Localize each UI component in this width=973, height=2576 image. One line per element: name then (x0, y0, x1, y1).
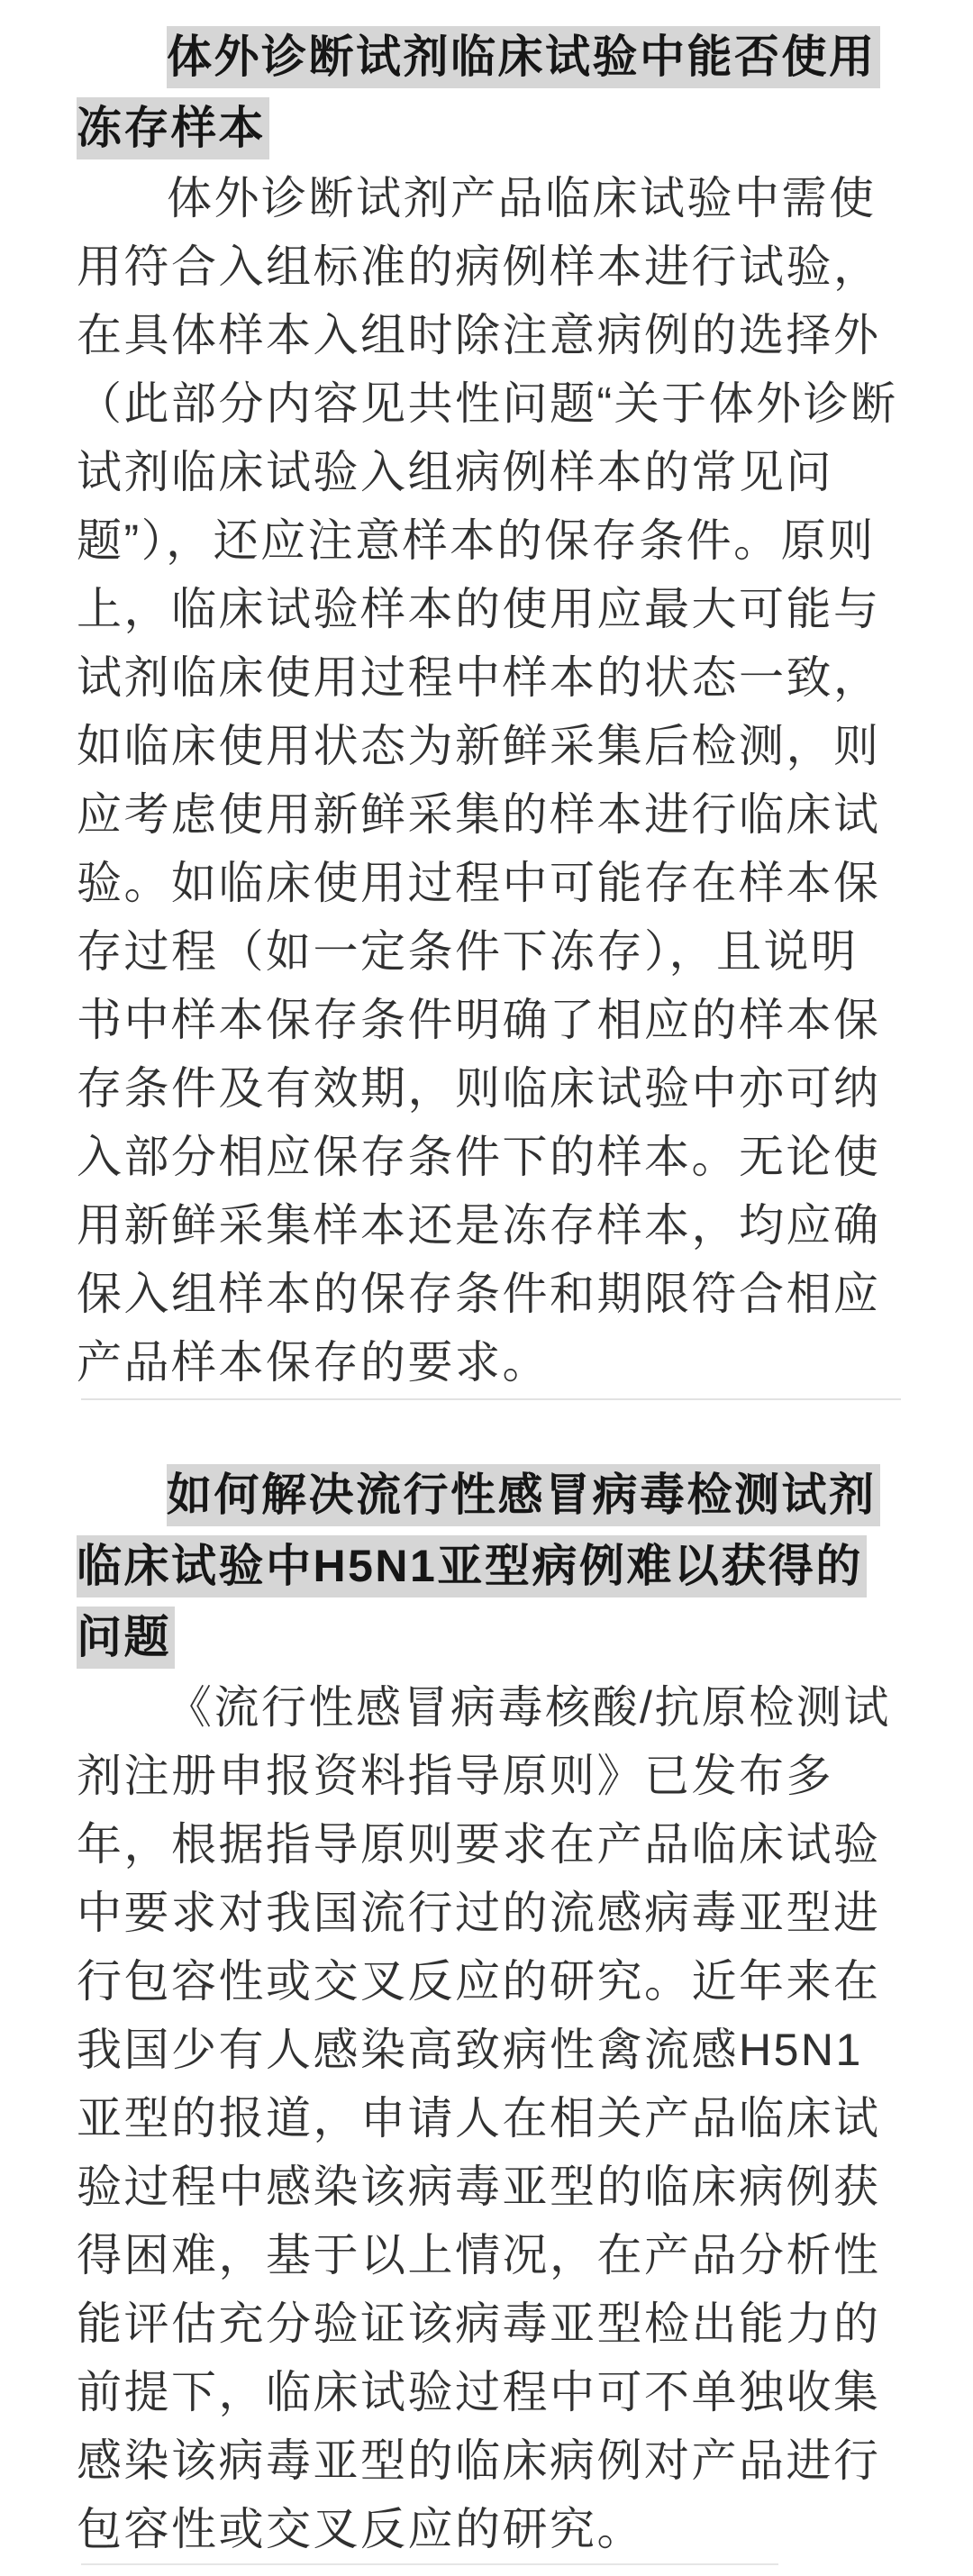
qa-section-frozen-samples: 体外诊断试剂临床试验中能否使用冻存样本 体外诊断试剂产品临床试验中需使用符合入组… (77, 22, 902, 1397)
question-heading-highlight: 体外诊断试剂临床试验中能否使用冻存样本 (77, 26, 880, 159)
bottom-divider (81, 2563, 778, 2565)
qa-section-h5n1-cases: 如何解决流行性感冒病毒检测试剂临床试验中H5N1亚型病例难以获得的问题 《流行性… (77, 1460, 902, 2563)
question-heading: 体外诊断试剂临床试验中能否使用冻存样本 (77, 22, 902, 164)
answer-paragraph: 《流行性感冒病毒核酸/抗原检测试剂注册申报资料指导原则》已发布多年，根据指导原则… (77, 1673, 902, 2563)
answer-paragraph: 体外诊断试剂产品临床试验中需使用符合入组标准的病例样本进行试验，在具体样本入组时… (77, 164, 902, 1397)
question-heading-highlight: 如何解决流行性感冒病毒检测试剂临床试验中H5N1亚型病例难以获得的问题 (77, 1464, 880, 1669)
question-heading: 如何解决流行性感冒病毒检测试剂临床试验中H5N1亚型病例难以获得的问题 (77, 1460, 902, 1673)
section-divider (81, 1398, 901, 1400)
article-page: 体外诊断试剂临床试验中能否使用冻存样本 体外诊断试剂产品临床试验中需使用符合入组… (0, 0, 973, 2576)
